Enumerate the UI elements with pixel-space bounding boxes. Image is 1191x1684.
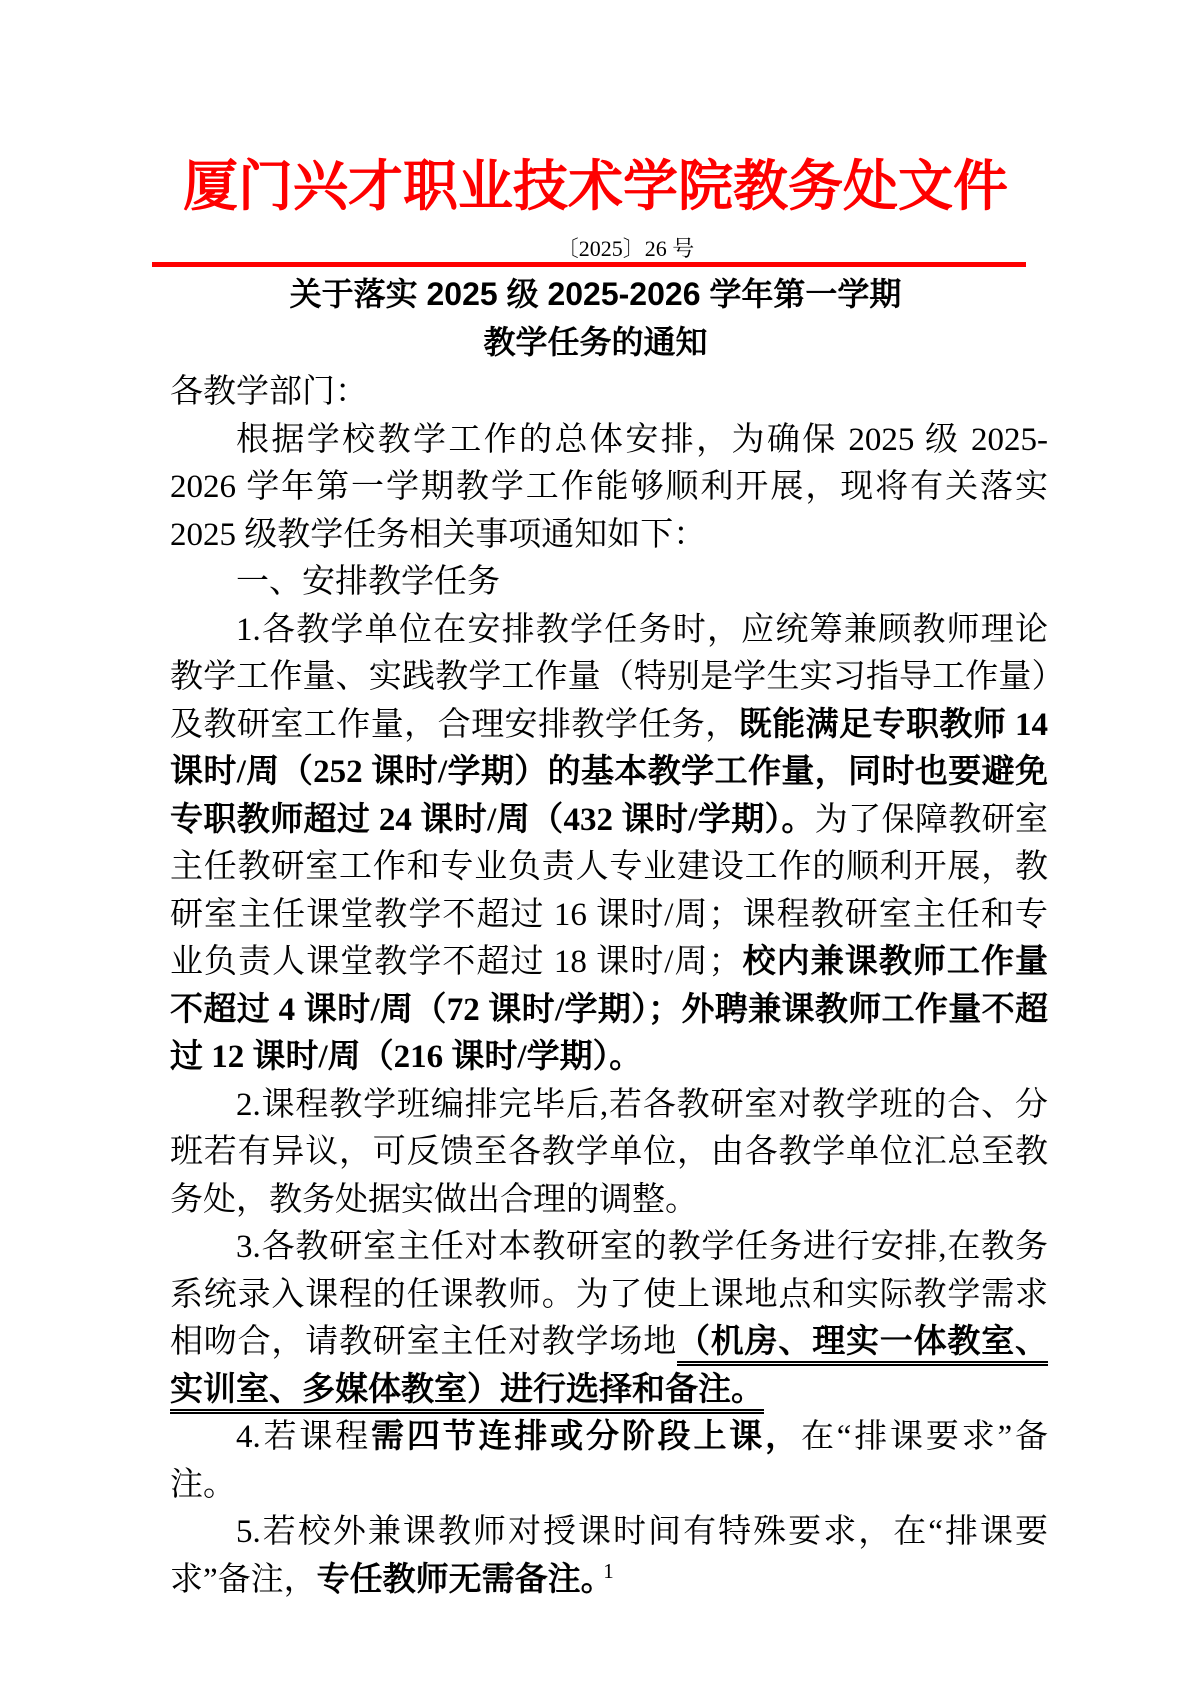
document-title-line1: 关于落实 2025 级 2025-2026 学年第一学期 bbox=[0, 271, 1191, 319]
masthead-title: 厦门兴才职业技术学院教务处文件 bbox=[0, 155, 1191, 218]
paragraph: 2.课程教学班编排完毕后,若各教研室对教学班的合、分班若有异议，可反馈至各教学单… bbox=[170, 1082, 1048, 1225]
paragraph: 根据学校教学工作的总体安排，为确保 2025 级 2025-2026 学年第一学… bbox=[170, 417, 1048, 560]
document-body: 各教学部门：根据学校教学工作的总体安排，为确保 2025 级 2025-2026… bbox=[170, 369, 1048, 1604]
doc-number: 〔2025〕26 号 bbox=[60, 236, 1191, 262]
text-run: 2.课程教学班编排完毕后,若各教研室对教学班的合、分班若有异议，可反馈至各教学单… bbox=[170, 1087, 1048, 1218]
document-title: 关于落实 2025 级 2025-2026 学年第一学期 教学任务的通知 bbox=[0, 271, 1191, 366]
text-run: 各教学部门： bbox=[170, 374, 368, 410]
text-run: 4.若课程 bbox=[236, 1419, 371, 1455]
red-separator-line bbox=[152, 262, 1026, 267]
paragraph: 1.各教学单位在安排教学任务时，应统筹兼顾教师理论教学工作量、实践教学工作量（特… bbox=[170, 607, 1048, 1082]
paragraph: 5.若校外兼课教师对授课时间有特殊要求，在“排课要求”备注，专任教师无需备注。 bbox=[170, 1509, 1048, 1604]
paragraph: 4.若课程需四节连排或分阶段上课，在“排课要求”备注。 bbox=[170, 1414, 1048, 1509]
paragraph: 各教学部门： bbox=[170, 369, 1048, 417]
text-run: 一、安排教学任务 bbox=[236, 564, 500, 600]
document-title-line2: 教学任务的通知 bbox=[0, 319, 1191, 367]
page-number: 1 bbox=[26, 1559, 1191, 1584]
document-page: 厦门兴才职业技术学院教务处文件 〔2025〕26 号 关于落实 2025 级 2… bbox=[0, 0, 1191, 1684]
paragraph: 3.各教研室主任对本教研室的教学任务进行安排,在教务系统录入课程的任课教师。为了… bbox=[170, 1224, 1048, 1414]
text-run: 根据学校教学工作的总体安排，为确保 2025 级 2025-2026 学年第一学… bbox=[170, 422, 1048, 553]
emphasis-run: 需四节连排或分阶段上课， bbox=[371, 1419, 801, 1455]
paragraph: 一、安排教学任务 bbox=[170, 559, 1048, 607]
